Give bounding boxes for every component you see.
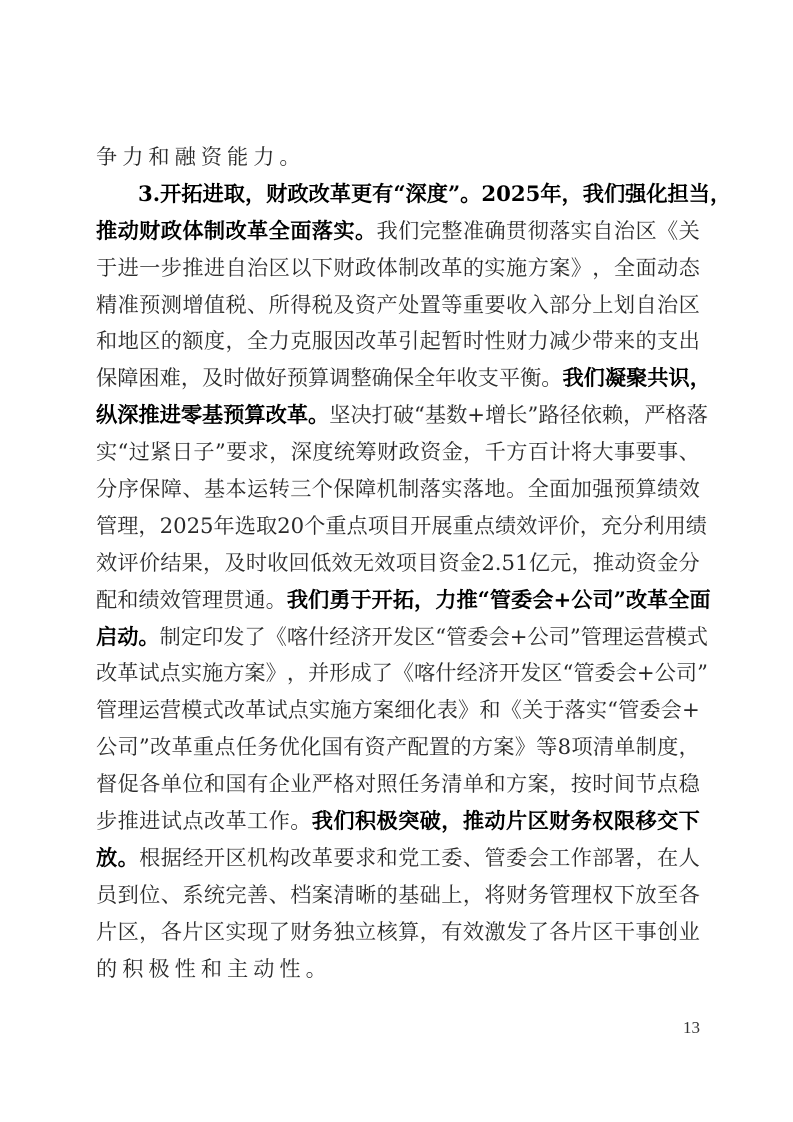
body-char: 及	[224, 545, 245, 582]
body-char: 金	[657, 545, 678, 582]
body-char: 效	[679, 471, 700, 508]
body-char: 政	[398, 434, 419, 471]
body-char: 收	[506, 287, 527, 324]
bold-text: 务	[571, 803, 592, 840]
body-char: 完	[225, 877, 246, 914]
text-line: 纵深推进零基预算改革。坚决打破“基数+增长”路径依赖，严格落	[96, 397, 700, 434]
body-char: 清	[593, 729, 614, 766]
body-char: 紧	[150, 434, 171, 471]
bold-text: 委	[511, 582, 532, 619]
body-char: 案	[549, 250, 570, 287]
body-char: 障	[117, 360, 138, 397]
body-char: 事	[635, 914, 656, 951]
body-char: 模	[181, 692, 202, 729]
bold-text: 我	[562, 360, 583, 397]
body-char: 要	[484, 287, 505, 324]
text-line: 实“过紧日子”要求，深度统筹财政资金，千方百计将大事要事、	[96, 434, 700, 471]
bold-text: 面	[290, 213, 311, 250]
body-char: 区	[269, 250, 290, 287]
body-char: 并	[308, 655, 329, 692]
body-char: 改	[290, 840, 311, 877]
bold-text: 制	[204, 213, 225, 250]
text-line: 于进一步推进自治区以下财政体制改革的实施方案》，全面动态	[96, 250, 700, 287]
body-char: 统	[204, 877, 225, 914]
body-char: ”	[527, 397, 538, 434]
body-char: 《	[393, 655, 414, 692]
body-char: 细	[394, 692, 415, 729]
body-char: 促	[118, 766, 139, 803]
body-char: 争	[96, 139, 117, 176]
body-char: 本	[225, 471, 246, 508]
body-char: 制	[398, 471, 419, 508]
body-char: 面	[549, 471, 570, 508]
body-char: 求	[248, 434, 269, 471]
body-char: 化	[415, 692, 436, 729]
body-char: 案	[244, 655, 265, 692]
body-char: 下	[312, 250, 333, 287]
body-char: +	[637, 655, 655, 692]
body-char: 改	[150, 729, 171, 766]
text-line: 效评价结果，及时收回低效无效项目资金2.51亿元，推动资金分	[96, 545, 700, 582]
body-char: 、	[161, 877, 182, 914]
body-char: 资	[365, 729, 386, 766]
body-char: 司	[549, 619, 570, 656]
bold-text: ”	[448, 176, 460, 213]
body-char: 实	[571, 213, 592, 250]
body-char: 力	[269, 323, 290, 360]
body-char: 得	[290, 287, 311, 324]
body-char: 评	[537, 508, 558, 545]
bold-text: ，	[414, 582, 435, 619]
body-char: 管	[96, 508, 117, 545]
body-char: 贯	[506, 213, 527, 250]
body-char: 绩	[657, 471, 678, 508]
bold-text: 我	[287, 582, 308, 619]
body-char: 过	[129, 434, 150, 471]
bold-text: 深	[117, 397, 138, 434]
bold-text: 政	[161, 213, 182, 250]
body-char: 依	[581, 397, 602, 434]
body-char: 效	[96, 545, 117, 582]
body-char: 地	[484, 471, 505, 508]
body-char: 准	[118, 287, 139, 324]
body-char: 关	[679, 213, 700, 250]
body-char: 加	[571, 471, 592, 508]
body-char: 营	[644, 619, 665, 656]
body-char: 少	[571, 323, 592, 360]
body-char: 基	[204, 471, 225, 508]
body-char: 发	[520, 655, 541, 692]
body-char: 低	[310, 545, 331, 582]
body-char: 自	[635, 287, 656, 324]
bold-text: 政	[287, 176, 308, 213]
text-line: 管理运营模式改革试点实施方案细化表》和《关于落实“管委会+	[96, 692, 700, 729]
body-char: 筹	[355, 434, 376, 471]
body-char: “	[562, 655, 573, 692]
bold-text: 公	[571, 582, 592, 619]
body-char: 日	[172, 434, 193, 471]
body-char: 任	[236, 729, 257, 766]
body-char: 管	[484, 840, 505, 877]
body-char: 利	[643, 508, 664, 545]
body-char: 理	[602, 619, 623, 656]
body-char: 权	[592, 877, 613, 914]
body-char: 严	[312, 766, 333, 803]
body-char: 化	[300, 729, 321, 766]
body-char: 革	[225, 803, 246, 840]
body-char: ，	[679, 729, 700, 766]
body-char: 税	[225, 287, 246, 324]
body-char: 来	[614, 323, 635, 360]
body-char: 司	[676, 655, 697, 692]
body-char: 和	[117, 582, 138, 619]
body-char: 运	[247, 471, 268, 508]
body-char: 用	[665, 508, 686, 545]
body-char: 地	[118, 323, 139, 360]
body-char: 稳	[679, 766, 700, 803]
body-char: 、	[247, 287, 268, 324]
body-char: 性	[175, 951, 196, 988]
bold-text: 下	[679, 803, 700, 840]
body-char: 年	[435, 360, 456, 397]
body-char: 资	[636, 545, 657, 582]
body-char: 目	[417, 545, 438, 582]
body-char: 员	[96, 877, 117, 914]
bold-text: 改	[309, 176, 330, 213]
body-char: 改	[204, 803, 225, 840]
body-char: ，	[635, 840, 656, 877]
body-char: 障	[355, 471, 376, 508]
bold-text: ，	[710, 176, 731, 213]
bold-text: 极	[377, 803, 398, 840]
body-char: 管	[549, 877, 570, 914]
body-char: 平	[499, 360, 520, 397]
body-char: 至	[657, 877, 678, 914]
body-char: ，	[139, 914, 160, 951]
body-char: 度	[312, 434, 333, 471]
body-char: 力	[253, 139, 274, 176]
body-char: 。	[290, 803, 311, 840]
body-char: 关	[522, 692, 543, 729]
body-char: 了	[269, 914, 290, 951]
body-char: 及	[333, 287, 354, 324]
body-char: 到	[118, 877, 139, 914]
text-line: 分序保障、基本运转三个保障机制落实落地。全面加强预算绩效	[96, 471, 700, 508]
body-char: 以	[290, 250, 311, 287]
body-char: 个	[304, 508, 325, 545]
body-char: 起	[420, 323, 441, 360]
bold-text: 我	[312, 803, 333, 840]
bold-text: 面	[689, 582, 710, 619]
body-char: 作	[269, 803, 290, 840]
body-char: 千	[485, 434, 506, 471]
body-char: 支	[657, 323, 678, 360]
body-char: 发	[223, 619, 244, 656]
body-char: 经	[456, 655, 477, 692]
body-char: 预	[614, 471, 635, 508]
body-char: 要	[333, 840, 354, 877]
body-char: 晰	[355, 877, 376, 914]
bold-text: 识	[668, 360, 689, 397]
body-char: ，	[287, 655, 308, 692]
body-char: 计	[549, 434, 570, 471]
body-char: 党	[398, 840, 419, 877]
body-char: 税	[312, 287, 333, 324]
body-char: 会	[528, 840, 549, 877]
body-char: 委	[441, 840, 462, 877]
bold-text: 勇	[329, 582, 350, 619]
body-char: ，	[463, 877, 484, 914]
body-char: 》	[266, 655, 287, 692]
body-char: 动	[253, 951, 274, 988]
bold-text: 管	[490, 582, 511, 619]
body-char: 有	[343, 729, 364, 766]
bold-text: 开	[160, 176, 181, 213]
body-char: 下	[614, 877, 635, 914]
body-char: 位	[182, 766, 203, 803]
body-char: 什	[308, 619, 329, 656]
body-char: 开	[372, 619, 393, 656]
body-char: 片	[96, 914, 117, 951]
body-char: 试	[161, 803, 182, 840]
body-char: 值	[204, 287, 225, 324]
body-char: 制	[636, 729, 657, 766]
body-char: 划	[614, 287, 635, 324]
body-char: 现	[247, 914, 268, 951]
body-char: 引	[398, 323, 419, 360]
body-char: 时	[223, 360, 244, 397]
body-char: 项	[368, 508, 389, 545]
body-char: ，	[181, 360, 202, 397]
body-char: ，	[623, 397, 644, 434]
body-char: 贯	[223, 582, 244, 619]
body-char: 革	[245, 692, 266, 729]
body-char: 精	[96, 287, 117, 324]
body-char: 工	[549, 840, 570, 877]
body-char: 区	[139, 323, 160, 360]
body-char: 三	[290, 471, 311, 508]
body-char: 部	[592, 840, 613, 877]
body-char: 立	[355, 914, 376, 951]
text-line: 管理，2025年选取20个重点项目开展重点绩效评价，充分利用绩	[96, 508, 700, 545]
bold-text: 强	[625, 176, 646, 213]
text-line: 启动。制定印发了《喀什经济开发区“管委会+公司”管理运营模式	[96, 619, 700, 656]
body-char: 果	[182, 545, 203, 582]
body-char: 重	[325, 508, 346, 545]
bold-text: 破	[420, 803, 441, 840]
body-char: 据	[161, 840, 182, 877]
body-char: 治	[247, 250, 268, 287]
body-char: 统	[334, 434, 355, 471]
body-char: 服	[312, 323, 333, 360]
body-char: 效	[516, 508, 537, 545]
body-char: 配	[407, 729, 428, 766]
body-char: 务	[312, 914, 333, 951]
body-char: 度	[204, 323, 225, 360]
body-char: 改	[355, 323, 376, 360]
body-char: 我	[377, 213, 398, 250]
body-char: 革	[312, 840, 333, 877]
body-char: 对	[355, 766, 376, 803]
body-char: 点	[657, 766, 678, 803]
body-char: 保	[393, 360, 414, 397]
body-char: 项	[571, 729, 592, 766]
body-char: 准	[463, 213, 484, 250]
body-char: 部	[549, 287, 570, 324]
text-line: 争力和融资能力。	[96, 139, 700, 176]
body-char: 革	[441, 250, 462, 287]
body-char: 深	[291, 434, 312, 471]
body-char: 要	[636, 434, 657, 471]
body-char: 回	[289, 545, 310, 582]
body-char: 于	[543, 692, 564, 729]
body-char: 积	[122, 951, 143, 988]
body-char: 性	[484, 323, 505, 360]
bold-text: “	[393, 176, 405, 213]
body-char: 发	[393, 619, 414, 656]
bold-text: 革	[247, 213, 268, 250]
body-char: 赖	[602, 397, 623, 434]
body-char: 资	[420, 434, 441, 471]
body-char: 效	[160, 582, 181, 619]
body-char: ，	[580, 508, 601, 545]
bold-text: ，	[245, 176, 266, 213]
body-char: 绩	[138, 582, 159, 619]
bold-text: 改	[626, 582, 647, 619]
body-char: 治	[614, 213, 635, 250]
bold-text: 。	[138, 619, 159, 656]
body-char: 一	[139, 250, 160, 287]
bold-text: 改	[266, 397, 287, 434]
bold-text: 革	[330, 176, 351, 213]
body-char: 全	[614, 250, 635, 287]
body-char: 做	[244, 360, 265, 397]
bold-text: 们	[604, 176, 625, 213]
bold-text: 取	[224, 176, 245, 213]
body-char: 态	[679, 250, 700, 287]
body-char: 因	[333, 323, 354, 360]
body-char: 上	[592, 287, 613, 324]
body-char: 国	[322, 729, 343, 766]
bold-text: 担	[668, 176, 689, 213]
body-char: 喀	[287, 619, 308, 656]
body-char: 强	[592, 471, 613, 508]
body-char: 政	[355, 250, 376, 287]
body-char: 路	[538, 397, 559, 434]
body-char: 实	[96, 434, 117, 471]
text-line: 员到位、系统完善、档案清晰的基础上，将财务管理权下放至各	[96, 877, 700, 914]
body-char: 改	[420, 250, 441, 287]
body-char: 务	[528, 877, 549, 914]
body-char: 委	[639, 692, 660, 729]
body-char: 机	[247, 840, 268, 877]
body-char: 经	[182, 840, 203, 877]
body-char: 结	[160, 545, 181, 582]
body-char: “	[435, 619, 446, 656]
body-char: 《	[657, 213, 678, 250]
body-char: 、	[269, 877, 290, 914]
body-char: 重	[193, 729, 214, 766]
body-char: 管	[618, 692, 639, 729]
body-char: 公	[96, 729, 117, 766]
body-char: 公	[527, 619, 548, 656]
body-char: 亿	[529, 545, 550, 582]
body-char: 区	[204, 914, 225, 951]
body-char: 价	[559, 508, 580, 545]
body-char: 会	[616, 655, 637, 692]
body-char: 步	[96, 803, 117, 840]
body-char: 创	[657, 914, 678, 951]
body-char: ，	[269, 434, 290, 471]
body-char: 的	[161, 323, 182, 360]
body-char: 处	[398, 287, 419, 324]
body-char: 工	[247, 803, 268, 840]
body-char: 区	[541, 655, 562, 692]
body-char: 保	[139, 471, 160, 508]
body-char: 管	[181, 582, 202, 619]
bold-text: 深	[406, 176, 427, 213]
bold-text: 我	[583, 176, 604, 213]
body-char: 的	[635, 323, 656, 360]
body-char: 在	[657, 840, 678, 877]
body-char: 分	[679, 545, 700, 582]
body-char: ，	[572, 545, 593, 582]
body-char: 各	[139, 766, 160, 803]
body-char: 制	[160, 619, 181, 656]
body-char: 困	[138, 360, 159, 397]
body-char: 式	[687, 619, 708, 656]
body-char: 》	[515, 729, 536, 766]
body-char: 进	[118, 250, 139, 287]
body-char: 管	[581, 619, 602, 656]
body-char: 价	[139, 545, 160, 582]
body-char: 根	[139, 840, 160, 877]
body-char: 目	[389, 508, 410, 545]
body-char: 增	[182, 287, 203, 324]
body-char: 定	[181, 619, 202, 656]
body-char: 求	[355, 840, 376, 877]
body-char: 施	[202, 655, 223, 692]
text-line: 精准预测增值税、所得税及资产处置等重要收入部分上划自治区	[96, 287, 700, 324]
body-char: 、	[182, 471, 203, 508]
bold-text: 财	[266, 176, 287, 213]
body-char: 开	[410, 508, 431, 545]
body-char: 自	[592, 213, 613, 250]
body-char: 收	[456, 360, 477, 397]
body-char: 人	[679, 840, 700, 877]
body-char: 实	[309, 692, 330, 729]
body-char: 和	[479, 692, 500, 729]
body-char: 彻	[528, 213, 549, 250]
body-char: 整	[350, 360, 371, 397]
body-char: 什	[435, 655, 456, 692]
body-char: 金	[460, 545, 481, 582]
body-char: 取	[256, 508, 277, 545]
bold-text: 实	[333, 213, 354, 250]
body-char: 保	[333, 471, 354, 508]
body-char: 。	[506, 471, 527, 508]
body-char: 动	[614, 545, 635, 582]
bold-text: 聚	[626, 360, 647, 397]
body-char: 》	[458, 692, 479, 729]
bold-text: 进	[203, 176, 224, 213]
body-char: 委	[595, 655, 616, 692]
bold-text: 限	[614, 803, 635, 840]
body-char: 转	[269, 471, 290, 508]
bold-text: 放	[96, 840, 117, 877]
body-char: 通	[244, 582, 265, 619]
body-char: 置	[420, 287, 441, 324]
